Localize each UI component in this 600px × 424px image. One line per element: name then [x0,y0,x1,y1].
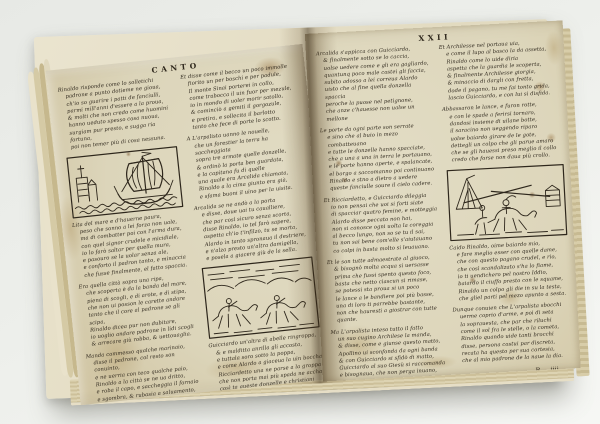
stanza: Et Ricciardetto, e Guicciardo dileggia i… [323,192,441,256]
stanza: Dunque conuien che L'arpalista sbocchi u… [452,302,570,366]
jousting-knights-woodcut [446,163,568,241]
stanza: Arcalida se ne andò a la porta e disse, … [194,194,314,264]
stanza: Arcalida s'appicca con Guicciardo, & fin… [316,45,435,124]
ship-and-tower-woodcut [66,145,184,218]
stanza: Abbassaron le lance, e furon rotte, e co… [442,101,560,165]
open-book: CANTO Rinaldo risponde come lo solletich… [29,7,566,411]
cavalry-melee-woodcut [201,256,320,339]
stanza: Caido Rinaldo, oime baiardo mio, e fare … [449,239,567,303]
stanza: Lita del mare e d'hauerne paura, peso ch… [72,211,192,281]
right-page-column-2: Et Archilesse nel portaua uia, e come il… [439,39,572,382]
left-page-column-2: Et disse come il becco un poco immolle f… [180,63,330,405]
stanza: A L'arpalista uanno le nouelle, che un f… [186,125,307,202]
stanza: Et disse come il becco un poco immolle f… [180,63,300,133]
stanza: Era quella città sopra una ripa, che sco… [78,273,199,350]
right-page-column-1: Arcalida s'appicca con Guicciardo, & fin… [316,45,449,381]
stanza: Ma L'arpalista inteso tutto il fatto un … [330,324,448,382]
stanza: Et Archilesse nel portaua uia, e come il… [439,39,557,103]
left-page: CANTO Rinaldo risponde come lo solletich… [46,44,338,405]
stanza: Le porte da ogni parte son serrate e sin… [320,122,438,194]
right-page: XXII Arcalida s'appicca con Guicciardo, … [305,20,581,381]
stanza: Rinaldo risponde come lo solletichi padr… [58,76,179,153]
stanza: Et le son tutte admaestrate al giuoco, &… [327,254,445,326]
photo-backdrop: CANTO Rinaldo risponde come lo solletich… [0,0,600,424]
